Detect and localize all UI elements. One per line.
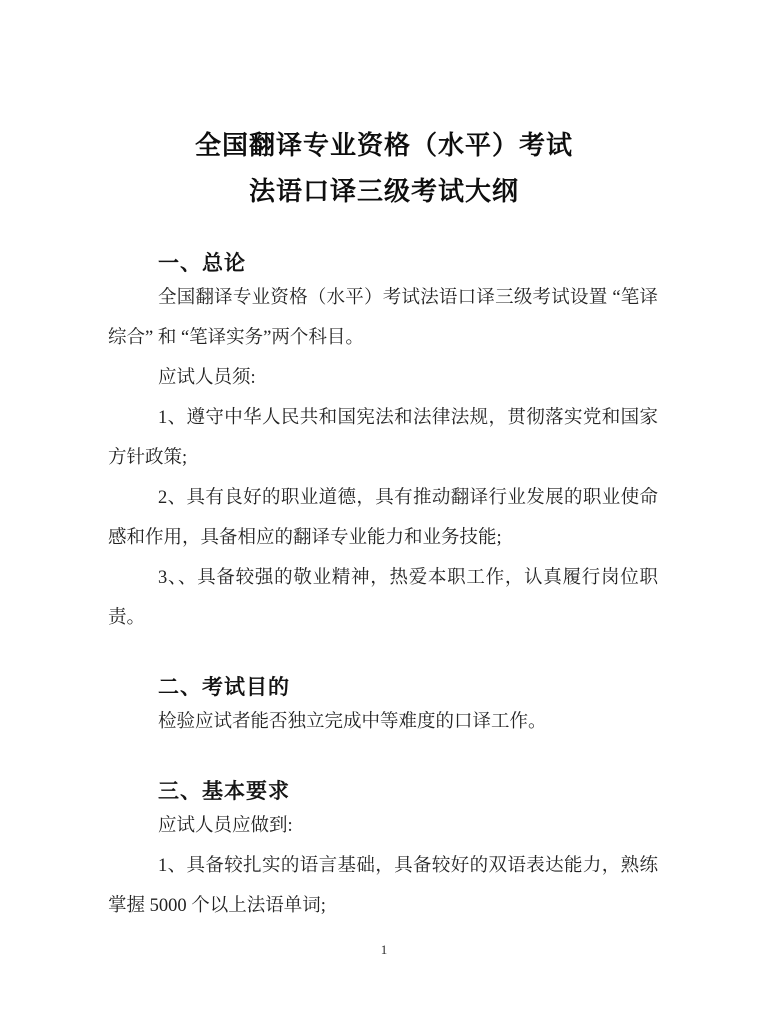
paragraph: 应试人员应做到: xyxy=(108,806,658,846)
paragraph: 应试人员须: xyxy=(108,358,658,398)
page-number: 1 xyxy=(0,942,768,958)
section-heading: 一、总论 xyxy=(108,248,658,278)
section-heading: 三、基本要求 xyxy=(108,776,658,806)
document-body: 一、总论全国翻译专业资格（水平）考试法语口译三级考试设置 “笔译综合” 和 “笔… xyxy=(108,248,658,926)
section-heading: 二、考试目的 xyxy=(108,672,658,702)
document-title-line-1: 全国翻译专业资格（水平）考试 xyxy=(0,122,768,168)
paragraph: 3、、具备较强的敬业精神，热爱本职工作，认真履行岗位职责。 xyxy=(108,558,658,638)
paragraph: 1、具备较扎实的语言基础，具备较好的双语表达能力，熟练掌握 5000 个以上法语… xyxy=(108,846,658,926)
document-page: 全国翻译专业资格（水平）考试 法语口译三级考试大纲 一、总论全国翻译专业资格（水… xyxy=(0,0,768,1024)
paragraph: 1、遵守中华人民共和国宪法和法律法规，贯彻落实党和国家方针政策; xyxy=(108,398,658,478)
paragraph: 2、具有良好的职业道德，具有推动翻译行业发展的职业使命感和作用，具备相应的翻译专… xyxy=(108,478,658,558)
document-title-line-2: 法语口译三级考试大纲 xyxy=(0,168,768,214)
paragraph: 检验应试者能否独立完成中等难度的口译工作。 xyxy=(108,702,658,742)
document-title: 全国翻译专业资格（水平）考试 法语口译三级考试大纲 xyxy=(0,0,768,214)
paragraph: 全国翻译专业资格（水平）考试法语口译三级考试设置 “笔译综合” 和 “笔译实务”… xyxy=(108,278,658,358)
